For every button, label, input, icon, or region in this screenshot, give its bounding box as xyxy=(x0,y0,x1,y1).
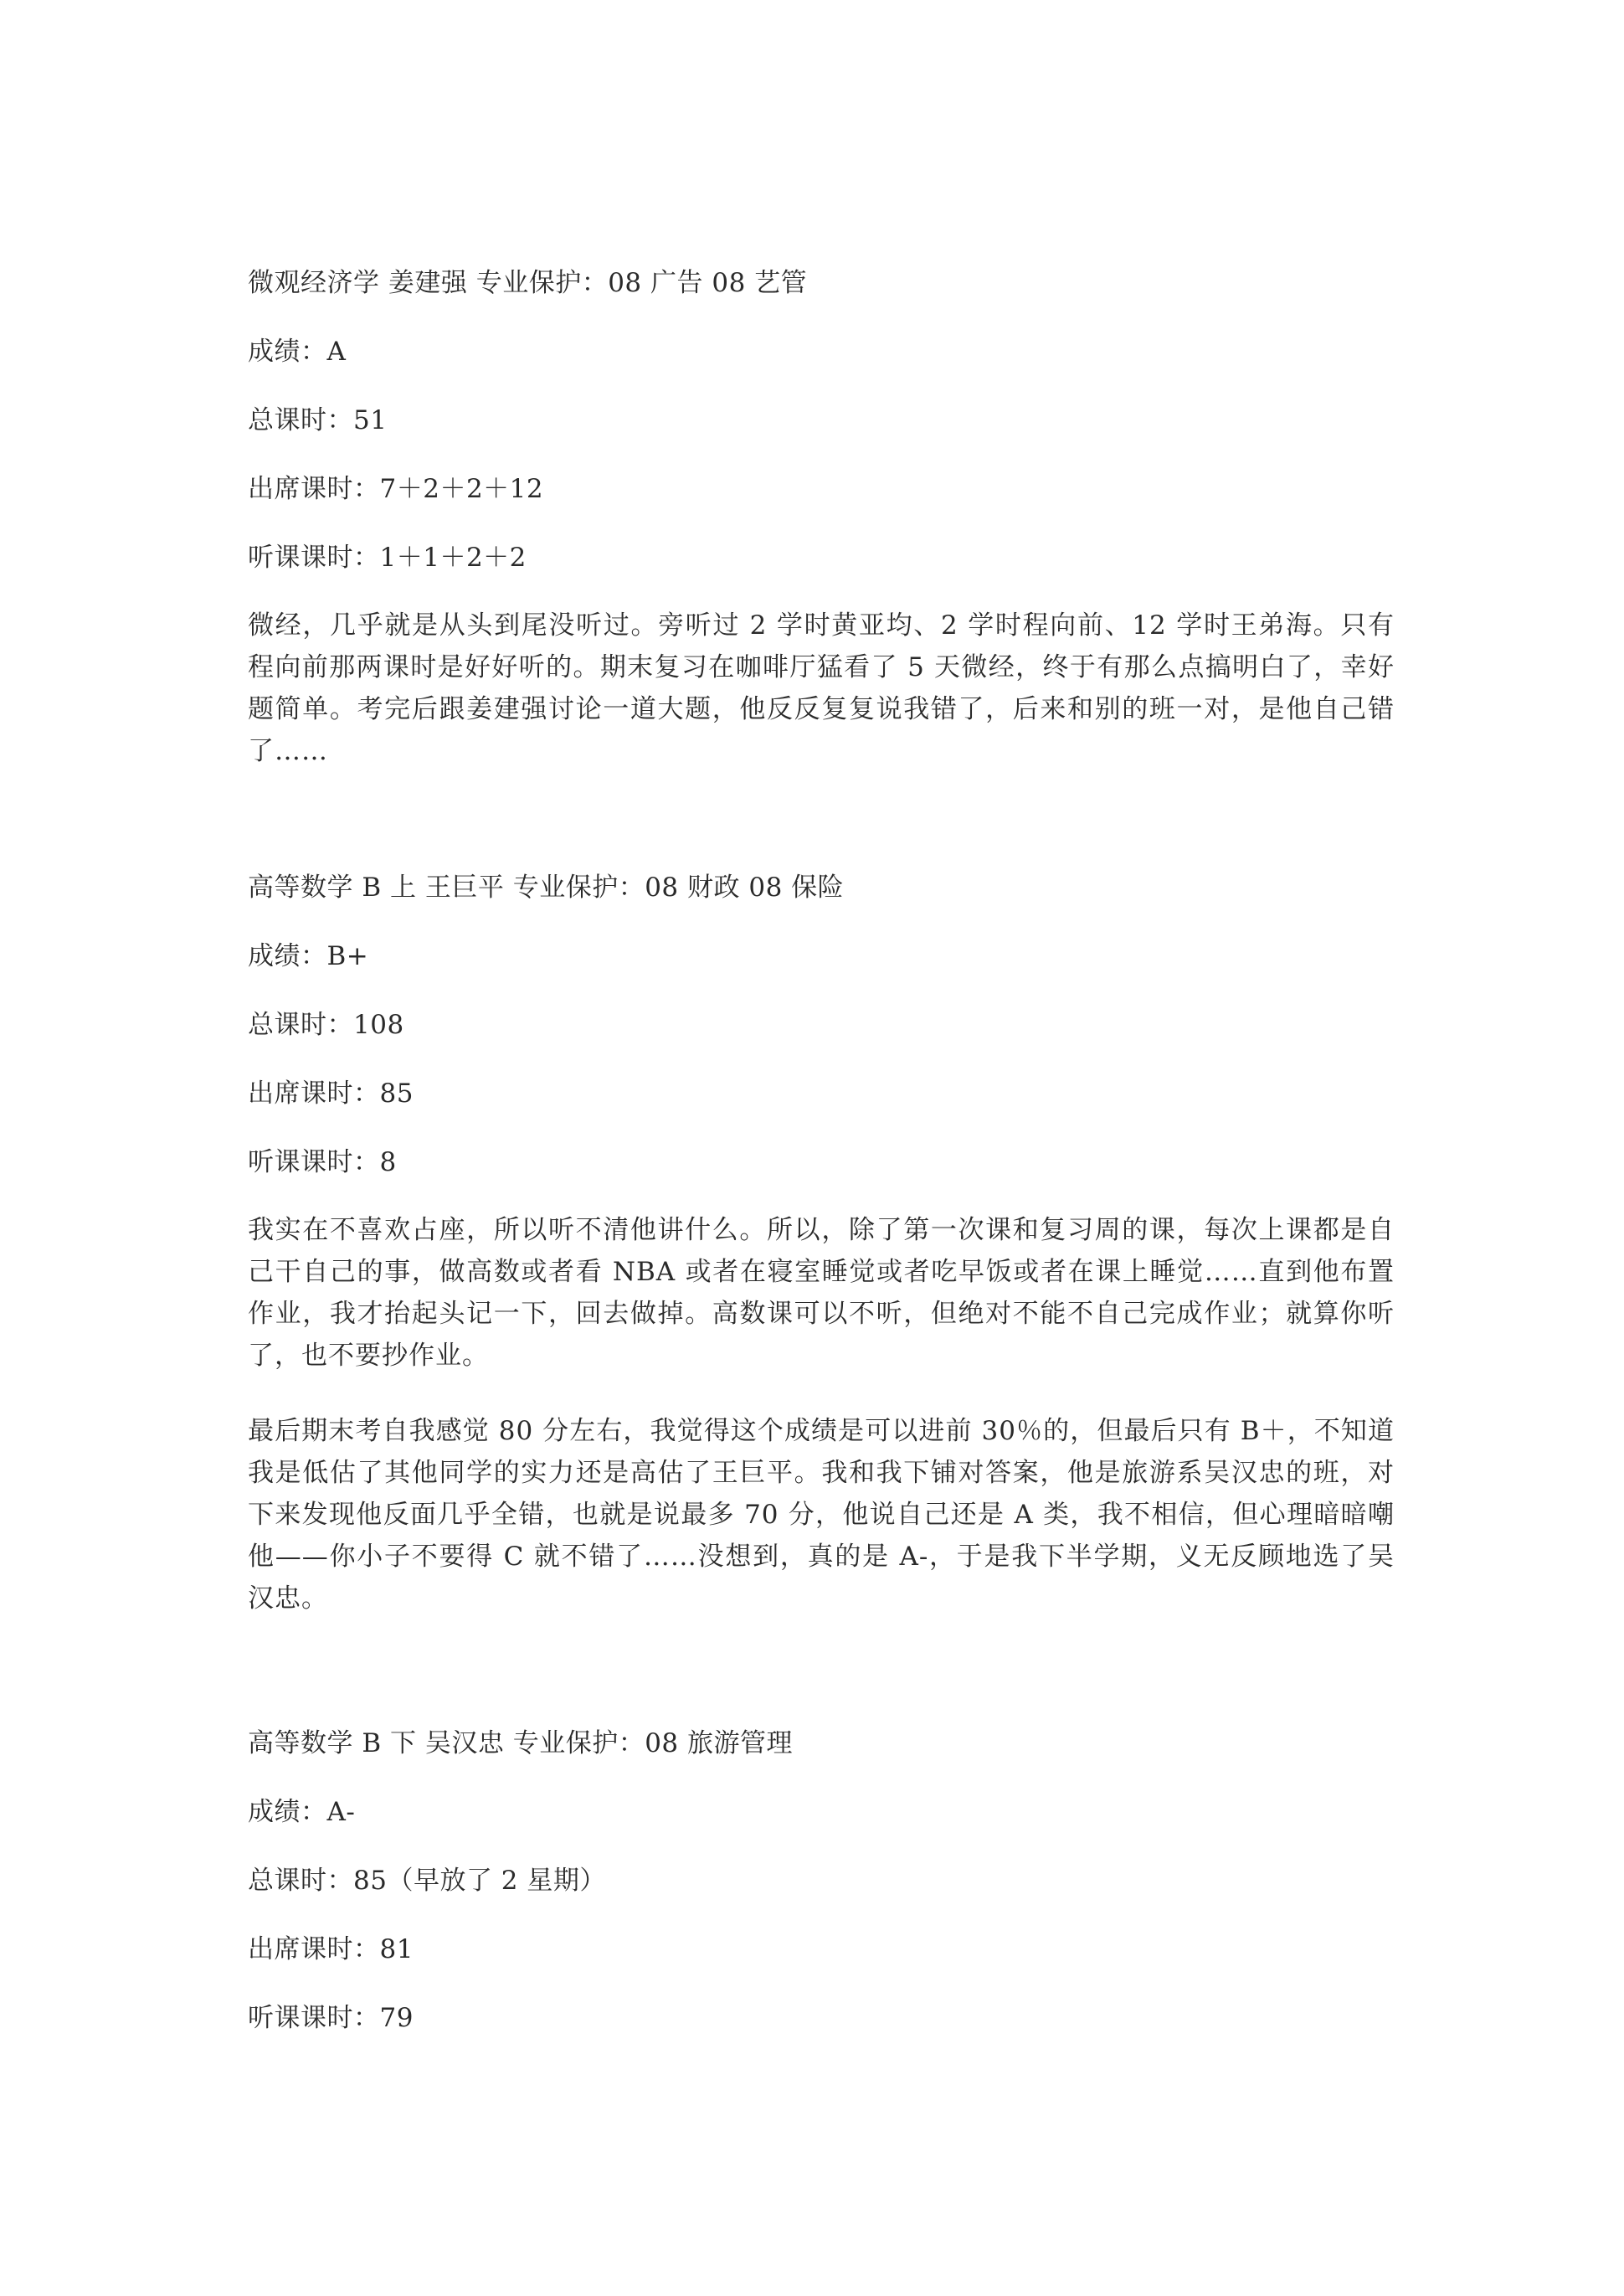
attended-hours-line: 出席课时：7＋2＋2＋12 xyxy=(248,472,543,506)
course-comment-paragraph: 最后期末考自我感觉 80 分左右，我觉得这个成绩是可以进前 30％的，但最后只有… xyxy=(248,1410,1395,1619)
grade-line: 成绩：B+ xyxy=(248,940,368,973)
listened-hours-line: 听课课时：8 xyxy=(248,1145,397,1179)
course-heading: 高等数学 B 上 王巨平 专业保护：08 财政 08 保险 xyxy=(248,871,844,904)
course-heading: 微观经济学 姜建强 专业保护：08 广告 08 艺管 xyxy=(248,266,807,300)
listened-hours-line: 听课课时：79 xyxy=(248,2001,414,2035)
course-comment-paragraph: 微经，几乎就是从头到尾没听过。旁听过 2 学时黄亚均、2 学时程向前、12 学时… xyxy=(248,605,1395,772)
total-hours-line: 总课时：85（早放了 2 星期） xyxy=(248,1864,606,1897)
course-comment-paragraph: 我实在不喜欢占座，所以听不清他讲什么。所以，除了第一次课和复习周的课，每次上课都… xyxy=(248,1209,1395,1377)
course-heading: 高等数学 B 下 吴汉忠 专业保护：08 旅游管理 xyxy=(248,1727,793,1760)
attended-hours-line: 出席课时：85 xyxy=(248,1077,414,1110)
attended-hours-line: 出席课时：81 xyxy=(248,1933,414,1966)
listened-hours-line: 听课课时：1＋1＋2＋2 xyxy=(248,541,527,574)
total-hours-line: 总课时：51 xyxy=(248,404,387,437)
grade-line: 成绩：A- xyxy=(248,1795,355,1829)
total-hours-line: 总课时：108 xyxy=(248,1008,404,1042)
grade-line: 成绩：A xyxy=(248,335,346,368)
